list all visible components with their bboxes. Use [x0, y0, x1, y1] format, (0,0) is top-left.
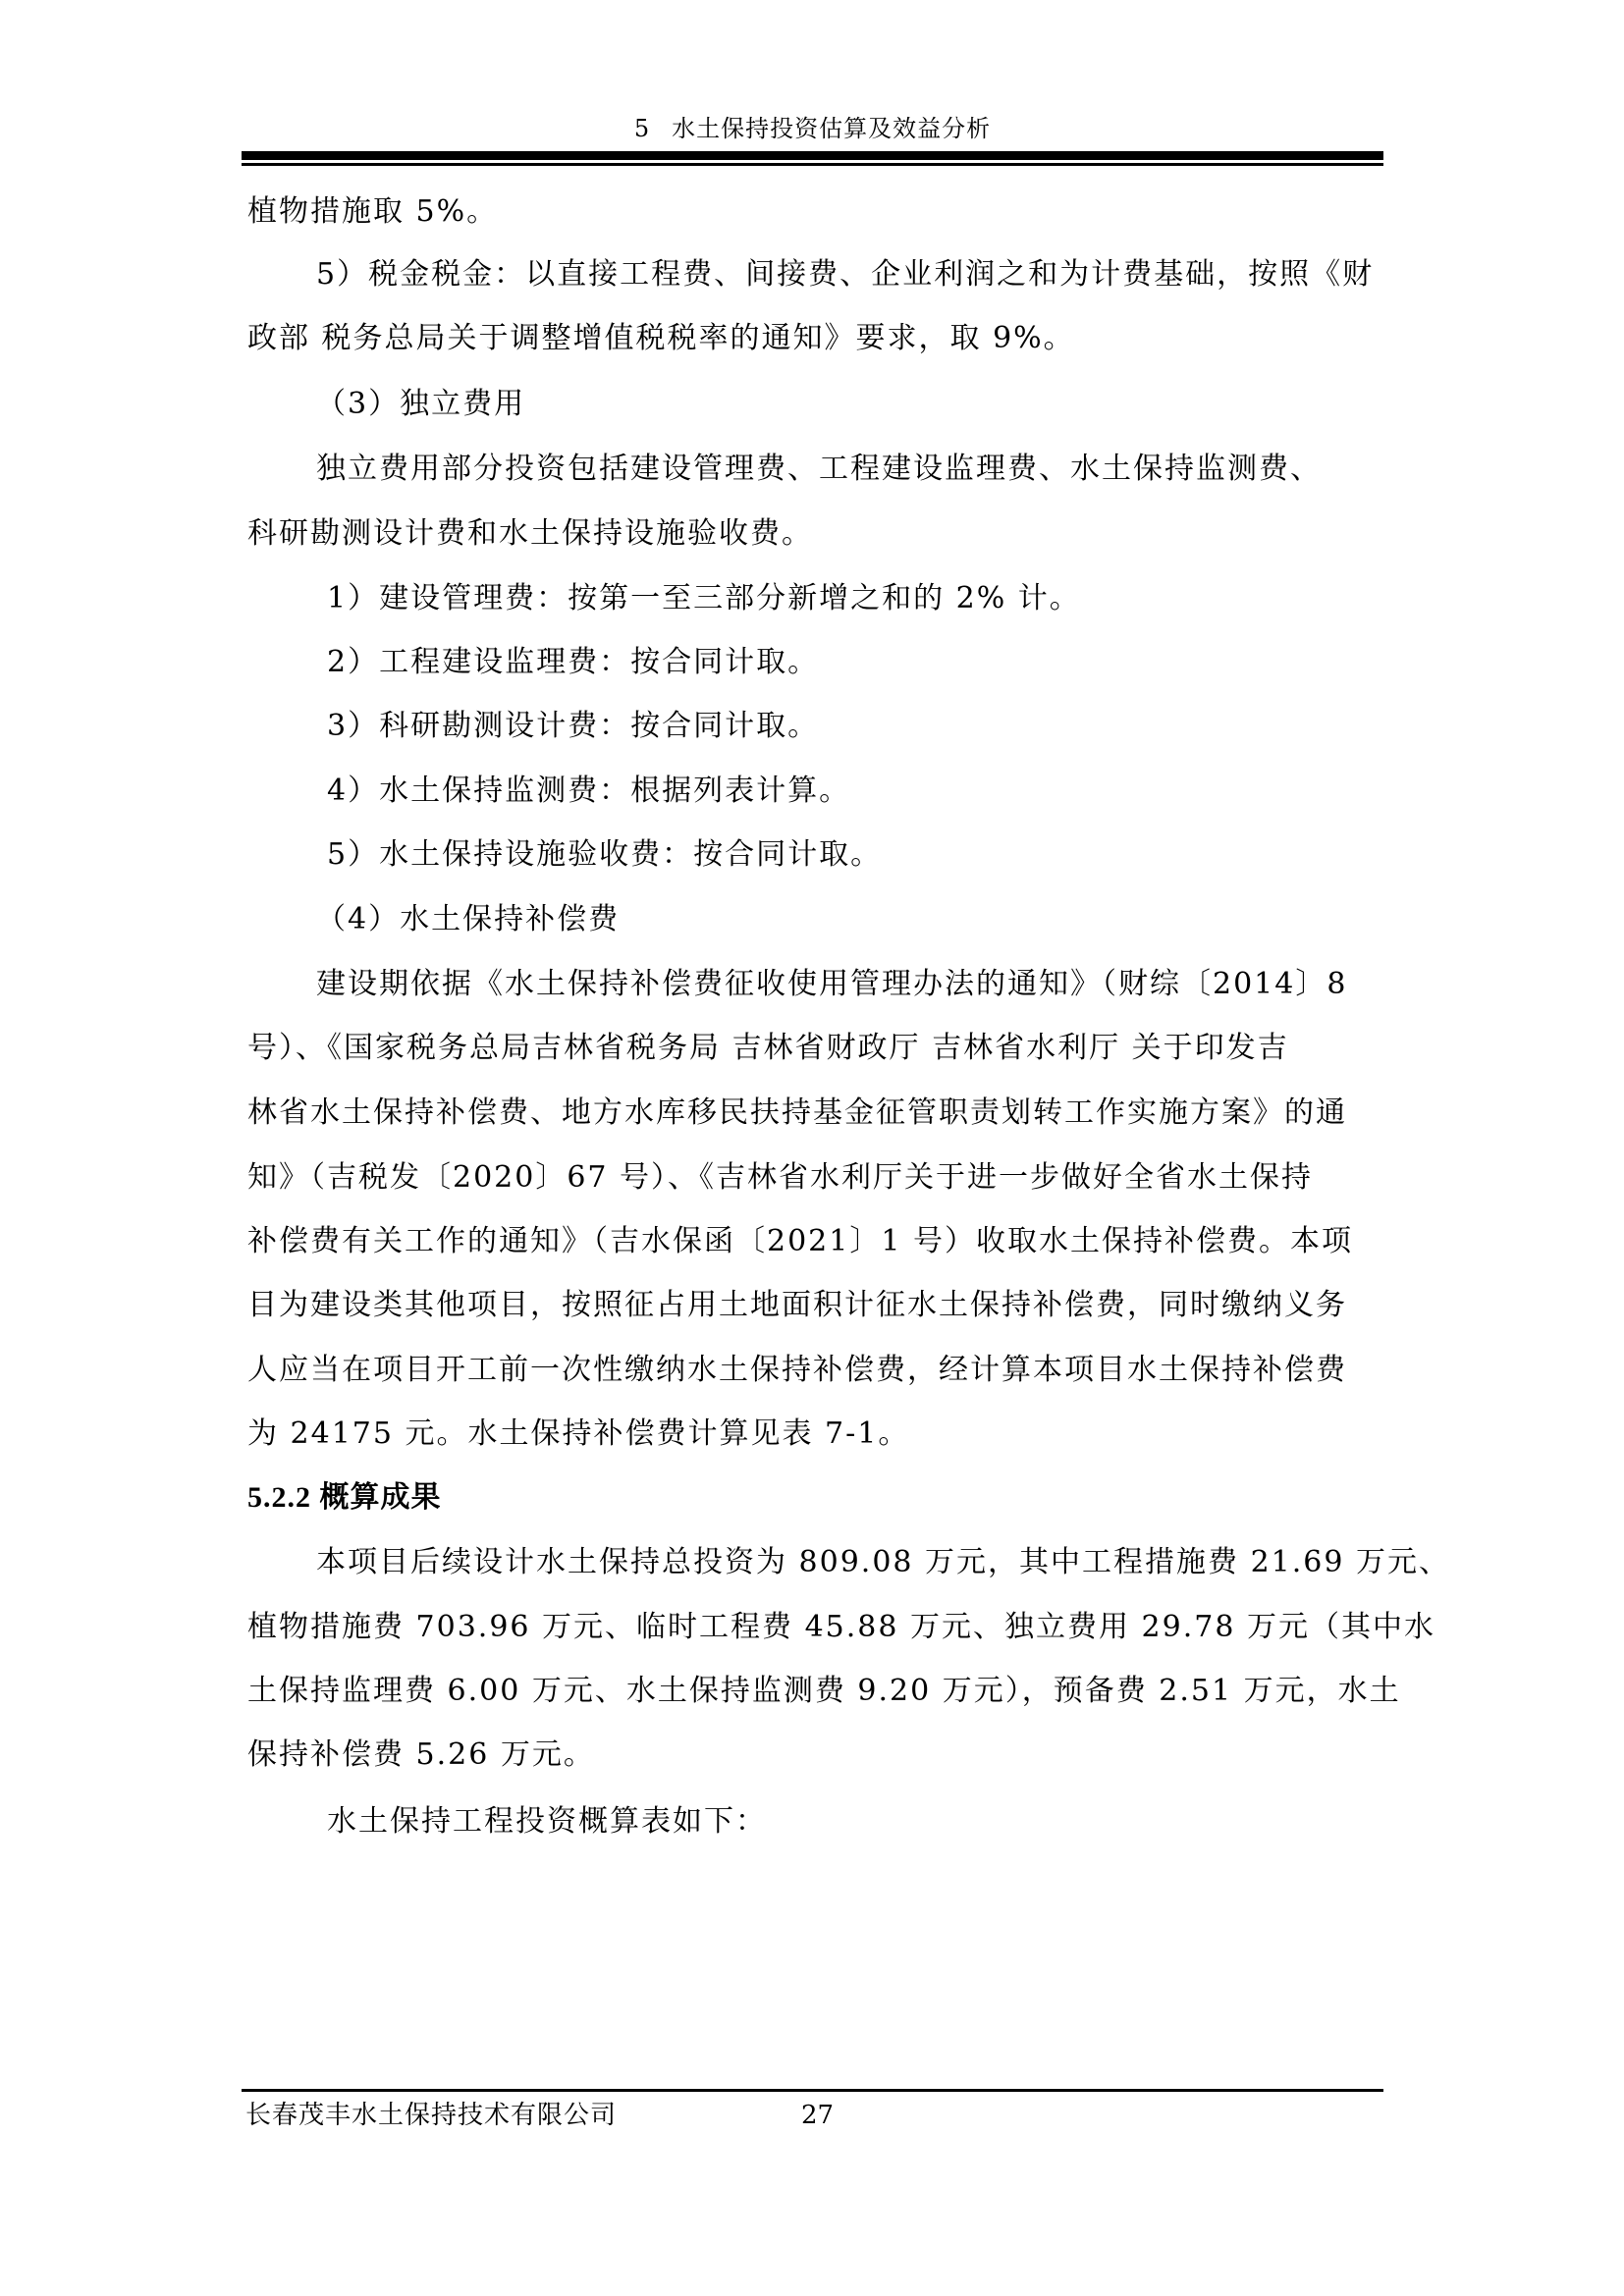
body-line: 建设期依据《水土保持补偿费征收使用管理办法的通知》（财综〔2014〕8 — [316, 965, 1347, 1004]
footer-company: 长春茂丰水土保持技术有限公司 — [245, 2099, 617, 2132]
body-line: 补偿费有关工作的通知》（吉水保函〔2021〕1 号）收取水土保持补偿费。本项 — [247, 1222, 1353, 1261]
body-line: 保持补偿费 5.26 万元。 — [247, 1735, 595, 1775]
body-line: 知》（吉税发〔2020〕67 号）、《吉林省水利厅关于进一步做好全省水土保持 — [247, 1158, 1313, 1198]
list-item: 2）工程建设监理费：按合同计取。 — [327, 643, 819, 682]
chapter-number: 5 — [634, 115, 650, 142]
body-line: 政部 税务总局关于调整增值税税率的通知》要求，取 9%。 — [247, 319, 1075, 358]
body-line: 植物措施费 703.96 万元、临时工程费 45.88 万元、独立费用 29.7… — [247, 1608, 1435, 1647]
body-line: 植物措施取 5%。 — [247, 192, 498, 232]
body-line: 水土保持工程投资概算表如下： — [327, 1802, 767, 1842]
body-line: 本项目后续设计水土保持总投资为 809.08 万元，其中工程措施费 21.69 … — [316, 1543, 1450, 1582]
page-number: 27 — [801, 2099, 834, 2132]
list-item: 5）水土保持设施验收费：按合同计取。 — [327, 835, 882, 875]
list-item: 1）建设管理费：按第一至三部分新增之和的 2% 计。 — [327, 579, 1081, 618]
body-line: 科研勘测设计费和水土保持设施验收费。 — [247, 514, 813, 554]
list-item: 3）科研勘测设计费：按合同计取。 — [327, 707, 819, 746]
list-item: 4）水土保持监测费：根据列表计算。 — [327, 772, 850, 811]
body-line: 目为建设类其他项目，按照征占用土地面积计征水土保持补偿费，同时缴纳义务 — [247, 1286, 1347, 1325]
document-page: 5水土保持投资估算及效益分析 植物措施取 5%。 5）税金税金：以直接工程费、间… — [0, 0, 1624, 2296]
footer-rule — [242, 2089, 1383, 2092]
subsection-heading: （3）独立费用 — [316, 385, 525, 424]
body-line: 林省水土保持补偿费、地方水库移民扶持基金征管职责划转工作实施方案》的通 — [247, 1094, 1347, 1133]
body-line: 5）税金税金：以直接工程费、间接费、企业利润之和为计费基础，按照《财 — [316, 255, 1374, 294]
subsection-heading: （4）水土保持补偿费 — [316, 900, 620, 939]
body-line: 人应当在项目开工前一次性缴纳水土保持补偿费，经计算本项目水土保持补偿费 — [247, 1351, 1347, 1390]
section-heading: 5.2.2 概算成果 — [247, 1478, 442, 1518]
body-line: 号）、《国家税务总局吉林省税务局 吉林省财政厅 吉林省水利厅 关于印发吉 — [247, 1029, 1289, 1068]
header-rule-thin — [242, 163, 1383, 166]
body-line: 独立费用部分投资包括建设管理费、工程建设监理费、水土保持监测费、 — [316, 450, 1322, 489]
running-header: 5水土保持投资估算及效益分析 — [242, 114, 1383, 143]
body-line: 为 24175 元。水土保持补偿费计算见表 7-1。 — [247, 1415, 909, 1454]
body-line: 土保持监理费 6.00 万元、水土保持监测费 9.20 万元），预备费 2.51… — [247, 1672, 1401, 1711]
header-rule-thick — [242, 151, 1383, 160]
chapter-title: 水土保持投资估算及效益分析 — [672, 115, 991, 142]
